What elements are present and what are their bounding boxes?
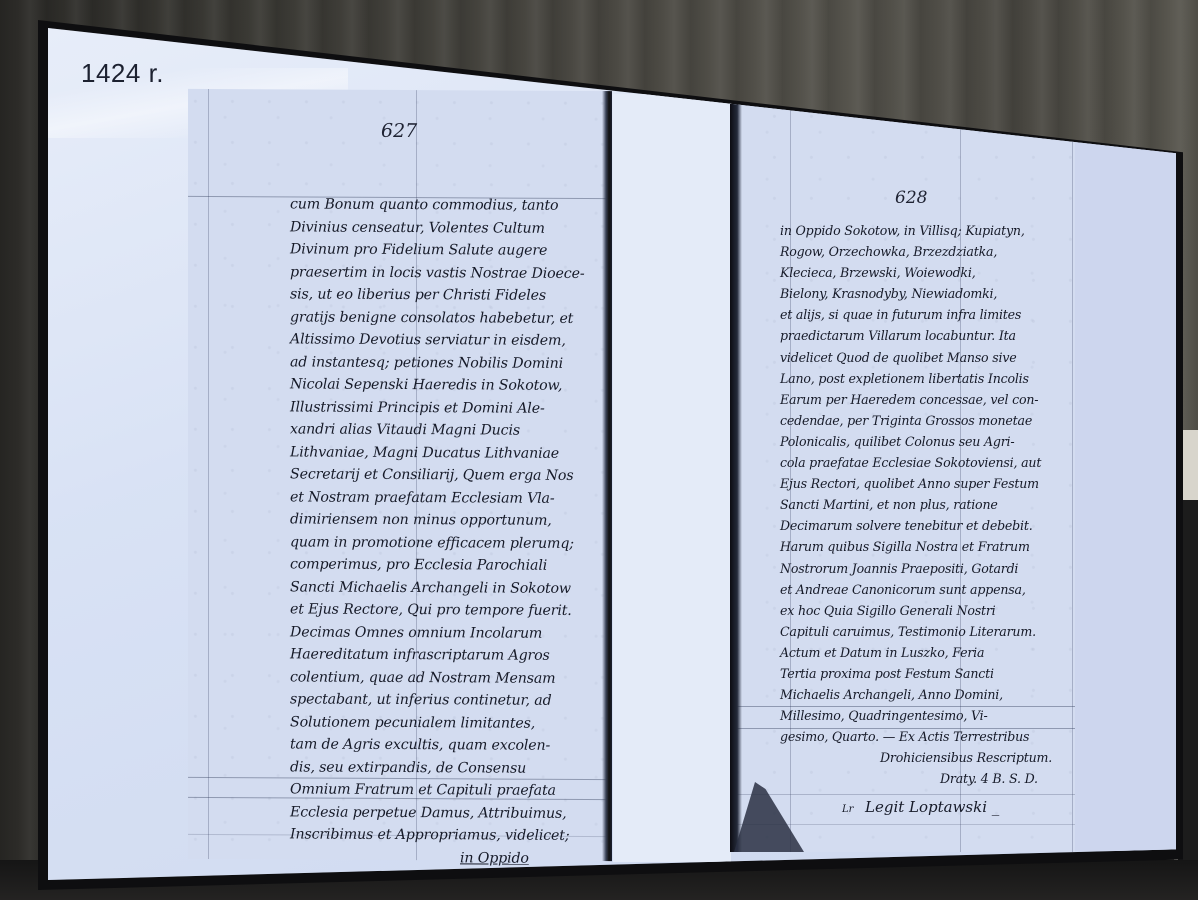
text-line: gesimo, Quarto. — Ex Actis Terrestribus	[780, 726, 1052, 747]
manuscript-text-right: in Oppido Sokotow, in Villisq; Kupiatyn,…	[780, 220, 1052, 790]
text-line: Illustrissimi Principis et Domini Ale-	[290, 396, 584, 420]
page-rule	[208, 89, 209, 859]
text-line: in Oppido Sokotow, in Villisq; Kupiatyn,	[780, 220, 1052, 241]
text-line: Michaelis Archangeli, Anno Domini,	[780, 684, 1052, 705]
text-line: colentium, quae ad Nostram Mensam	[290, 666, 584, 690]
manuscript-page-right: 628 in Oppido Sokotow, in Villisq; Kupia…	[730, 104, 1075, 852]
text-line: et Nostram praefatam Ecclesiam Vla-	[290, 486, 584, 510]
text-line: Earum per Haeredem concessae, vel con-	[780, 389, 1052, 410]
text-line: Haereditatum infrascriptarum Agros	[290, 643, 584, 667]
text-line: praesertim in locis vastis Nostrae Dioec…	[290, 261, 584, 285]
legit-signature: Legit Loptawski _	[865, 798, 999, 816]
text-line: dimiriensem non minus opportunum,	[290, 508, 584, 532]
text-line: videlicet Quod de quolibet Manso sive	[780, 347, 1052, 368]
text-line: Nicolai Sepenski Haeredis in Sokotow,	[290, 373, 584, 397]
text-line: et Andreae Canonicorum sunt appensa,	[780, 579, 1052, 600]
text-line: Decimas Omnes omnium Incolarum	[290, 621, 584, 645]
text-line: Altissimo Devotius serviatur in eisdem,	[290, 328, 584, 352]
text-line: Klecieca, Brzewski, Woiewodki,	[780, 262, 1052, 283]
text-line: Inscribimus et Appropriamus, videlicet;	[290, 823, 584, 847]
text-line: et alijs, si quae in futurum infra limit…	[780, 304, 1052, 325]
text-line: Lano, post expletionem libertatis Incoli…	[780, 368, 1052, 389]
text-line: Bielony, Krasnodyby, Niewiadomki,	[780, 283, 1052, 304]
text-line: Capituli caruimus, Testimonio Literarum.	[780, 621, 1052, 642]
text-line: Solutionem pecunialem limitantes,	[290, 711, 584, 735]
page-spine	[730, 104, 742, 852]
text-line: cum Bonum quanto commodius, tanto	[290, 193, 584, 217]
manuscript-text-left: cum Bonum quanto commodius, tanto Divini…	[290, 193, 584, 870]
catchword: in Oppido	[290, 846, 584, 870]
text-line: Divinum pro Fidelium Salute augere	[290, 238, 584, 262]
page-rule	[1072, 104, 1073, 852]
text-line: Harum quibus Sigilla Nostra et Fratrum	[780, 536, 1052, 557]
text-line: cedendae, per Triginta Grossos monetae	[780, 410, 1052, 431]
legit-prefix: Lr	[842, 804, 853, 815]
text-line: Sancti Martini, et non plus, ratione	[780, 494, 1052, 515]
text-line: et Ejus Rectore, Qui pro tempore fuerit.	[290, 598, 584, 622]
text-line: Drohiciensibus Rescriptum.	[780, 747, 1052, 768]
text-line: dis, seu extirpandis, de Consensu	[290, 756, 584, 780]
text-line: Millesimo, Quadringentesimo, Vi-	[780, 705, 1052, 726]
text-line: comperimus, pro Ecclesia Parochiali	[290, 553, 584, 577]
text-line: quam in promotione efficacem plerumq;	[290, 531, 584, 555]
text-line: Actum et Datum in Luszko, Feria	[780, 642, 1052, 663]
page-number: 627	[381, 120, 417, 142]
text-line: Ejus Rectori, quolibet Anno super Festum	[780, 473, 1052, 494]
text-line: Decimarum solvere tenebitur et debebit.	[780, 515, 1052, 536]
text-line: tam de Agris excultis, quam excolen-	[290, 733, 584, 757]
text-line: gratijs benigne consolatos habebetur, et	[290, 306, 584, 330]
page-margin-right	[1075, 116, 1176, 851]
page-rule	[730, 794, 1075, 795]
text-line: spectabant, ut inferius continetur, ad	[290, 688, 584, 712]
text-line: Nostrorum Joannis Praepositi, Gotardi	[780, 558, 1052, 579]
text-line: ad instantesq; petiones Nobilis Domini	[290, 351, 584, 375]
page-number: 628	[895, 188, 927, 208]
finger-shadow	[734, 782, 804, 852]
manuscript-page-left: 627 cum Bonum quanto commodius, tanto Di…	[188, 89, 612, 861]
text-line: Secretarij et Consiliarij, Quem erga Nos	[290, 463, 584, 487]
page-gap	[613, 94, 731, 862]
text-line: cola praefatae Ecclesiae Sokotoviensi, a…	[780, 452, 1052, 473]
text-line: Sancti Michaelis Archangeli in Sokotow	[290, 576, 584, 600]
text-line: Lithvaniae, Magni Ducatus Lithvaniae	[290, 441, 584, 465]
text-line: xandri alias Vitaudi Magni Ducis	[290, 418, 584, 442]
text-line: Divinius censeatur, Volentes Cultum	[290, 216, 584, 240]
text-line: Ecclesia perpetue Damus, Attribuimus,	[290, 801, 584, 825]
text-line: Omnium Fratrum et Capituli praefata	[290, 778, 584, 802]
signature-mark: Draty. 4 B. S. D.	[780, 768, 1052, 789]
page-spine	[602, 91, 612, 861]
text-line: praedictarum Villarum locabuntur. Ita	[780, 325, 1052, 346]
year-label: 1424 r.	[81, 58, 164, 89]
text-line: Rogow, Orzechowka, Brzezdziatka,	[780, 241, 1052, 262]
text-line: ex hoc Quia Sigillo Generali Nostri	[780, 600, 1052, 621]
display-screen: 1424 r. 627 cum Bonum quanto commodius, …	[48, 28, 1176, 880]
text-line: Polonicalis, quilibet Colonus seu Agri-	[780, 431, 1052, 452]
text-line: sis, ut eo liberius per Christi Fideles	[290, 283, 584, 307]
text-line: Tertia proxima post Festum Sancti	[780, 663, 1052, 684]
